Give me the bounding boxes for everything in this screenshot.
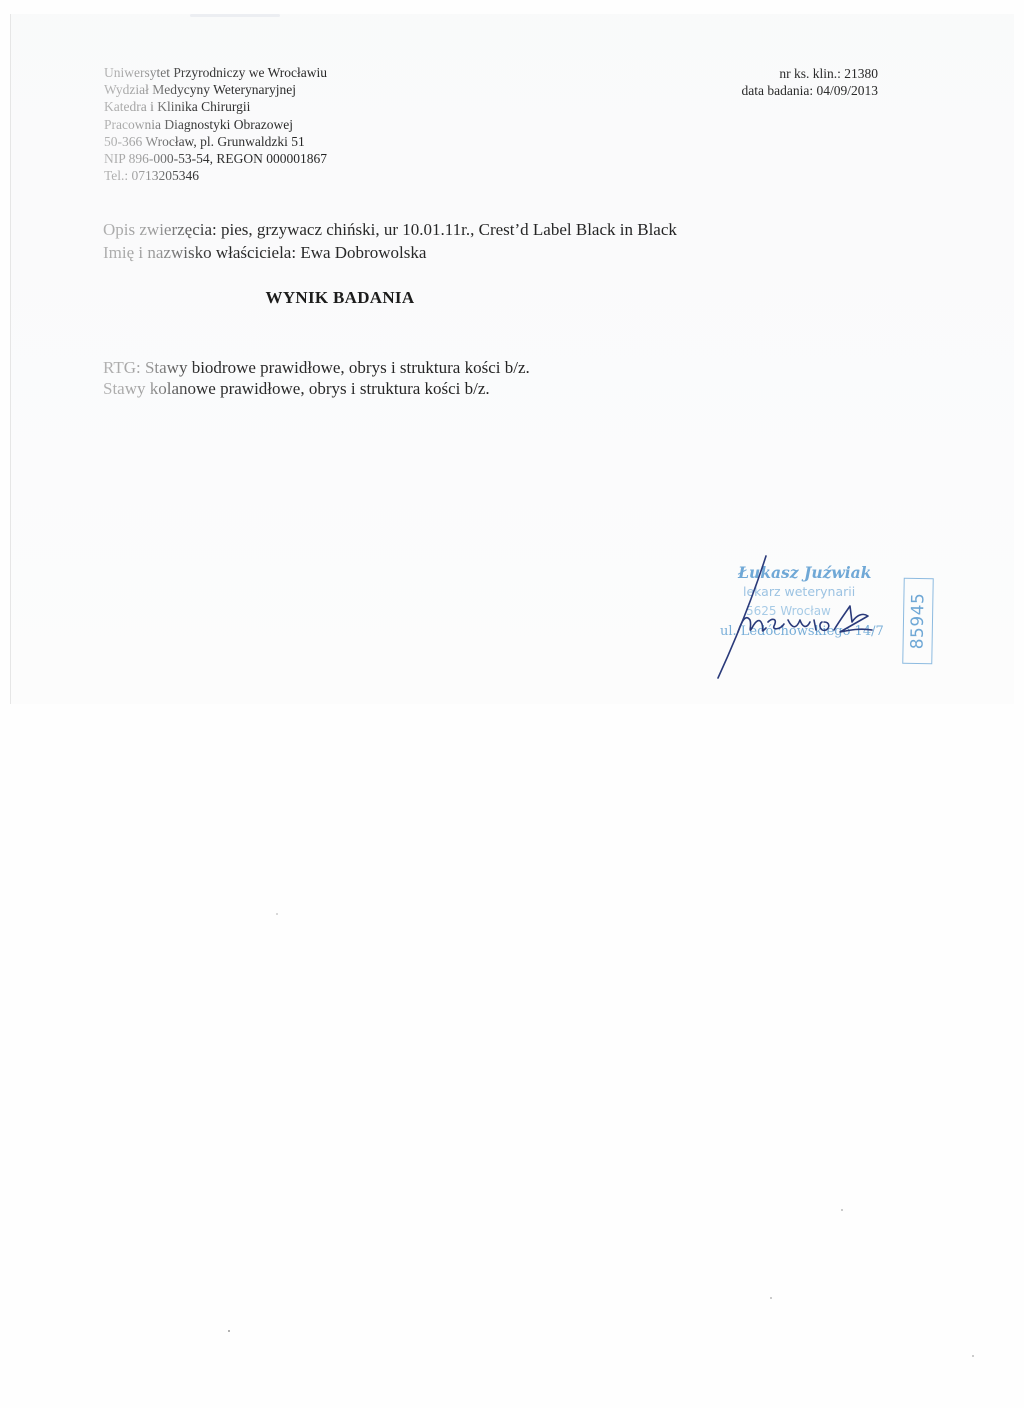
scan-speck [770,1297,772,1299]
stamp-number: 85945 [908,593,929,650]
institution-phone: Tel.: 0713205346 [104,167,327,184]
record-info: nr ks. klin.: 21380 data badania: 04/09/… [742,65,878,99]
scan-edge-line [10,14,11,704]
result-line: RTG: Stawy biodrowe prawidłowe, obrys i … [103,357,530,378]
lab-name: Pracownia Diagnostyki Obrazowej [104,116,327,133]
scan-speck [228,1330,230,1332]
institution-tax-ids: NIP 896-000-53-54, REGON 000001867 [104,150,327,167]
owner-name: Imię i nazwisko właściciela: Ewa Dobrowo… [103,241,677,264]
patient-info: Opis zwierzęcia: pies, grzywacz chiński,… [103,218,677,264]
result-line: Stawy kolanowe prawidłowe, obrys i struk… [103,378,530,399]
handwritten-signature [700,550,890,685]
department-name: Katedra i Klinika Chirurgii [104,98,327,115]
scan-smudge [190,14,280,17]
document-title: WYNIK BADANIA [0,288,680,308]
scan-speck [276,913,278,915]
stamp-number-box: 85945 [902,578,933,665]
institution-address: 50-366 Wrocław, pl. Grunwaldzki 51 [104,133,327,150]
scan-speck [841,1209,843,1211]
scan-speck [972,1355,974,1357]
faculty-name: Wydział Medycyny Weterynaryjnej [104,81,327,98]
animal-description: Opis zwierzęcia: pies, grzywacz chiński,… [103,218,677,241]
scanned-document-page: Uniwersytet Przyrodniczy we Wrocławiu Wy… [0,0,1024,1408]
clinic-record-number: nr ks. klin.: 21380 [742,65,878,82]
exam-date: data badania: 04/09/2013 [742,82,878,99]
institution-header: Uniwersytet Przyrodniczy we Wrocławiu Wy… [104,64,327,184]
exam-result: RTG: Stawy biodrowe prawidłowe, obrys i … [103,357,530,399]
university-name: Uniwersytet Przyrodniczy we Wrocławiu [104,64,327,81]
